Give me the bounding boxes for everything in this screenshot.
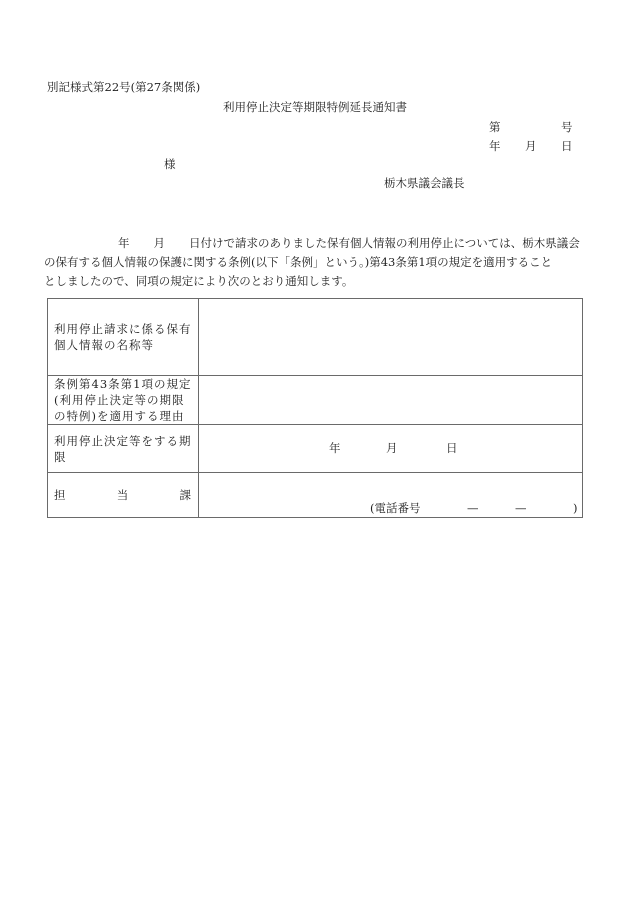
body-month-label: 月 <box>154 236 166 250</box>
value-personal-info-name[interactable] <box>199 299 583 376</box>
table-row-department: 担 当 課 (電話番号 — — ) <box>48 473 583 518</box>
deadline-day-label: 日 <box>446 440 458 456</box>
deadline-month-label: 月 <box>386 440 398 456</box>
document-title: 利用停止決定等期限特例延長通知書 <box>223 100 407 114</box>
table-row-personal-info: 利用停止請求に係る保有 個人情報の名称等 <box>48 299 583 376</box>
value-department[interactable]: (電話番号 — — ) <box>199 473 583 518</box>
phone-dash-1: — <box>467 500 479 516</box>
date-day-label: 日 <box>561 139 573 153</box>
body-line-1: 年月日付けで請求のありました保有個人情報の利用停止については、栃木県議会 <box>52 234 592 253</box>
date-month-label: 月 <box>525 139 537 153</box>
label-personal-info-name: 利用停止請求に係る保有 個人情報の名称等 <box>48 299 199 376</box>
sender-name: 栃木県議会議長 <box>384 176 465 190</box>
label-deadline: 利用停止決定等をする期 限 <box>48 425 199 473</box>
phone-dash-2: — <box>515 500 527 516</box>
body-line-2: の保有する個人情報の保護に関する条例(以下「条例」という。)第43条第1項の規定… <box>44 253 592 272</box>
body-line-3: としましたので、同項の規定により次のとおり通知します。 <box>44 272 592 291</box>
notice-table: 利用停止請求に係る保有 個人情報の名称等 条例第43条第1項の規定 (利用停止決… <box>47 298 583 518</box>
phone-label: (電話番号 <box>370 500 421 516</box>
number-prefix: 第 <box>489 120 501 134</box>
body-year-label: 年 <box>118 236 130 250</box>
label-department: 担 当 課 <box>48 473 199 518</box>
phone-close-paren: ) <box>573 500 578 516</box>
value-deadline[interactable]: 年 月 日 <box>199 425 583 473</box>
recipient-honorific: 様 <box>164 157 176 171</box>
label-reason: 条例第43条第1項の規定 (利用停止決定等の期限 の特例)を適用する理由 <box>48 376 199 425</box>
notice-body: 年月日付けで請求のありました保有個人情報の利用停止については、栃木県議会 の保有… <box>52 234 592 291</box>
form-id: 別記様式第22号(第27条関係) <box>47 80 200 94</box>
value-reason[interactable] <box>199 376 583 425</box>
body-line-1-text: 日付けで請求のありました保有個人情報の利用停止については、栃木県議会 <box>189 236 580 250</box>
deadline-year-label: 年 <box>329 440 341 456</box>
table-row-deadline: 利用停止決定等をする期 限 年 月 日 <box>48 425 583 473</box>
number-suffix: 号 <box>561 120 573 134</box>
date-year-label: 年 <box>489 139 501 153</box>
table-row-reason: 条例第43条第1項の規定 (利用停止決定等の期限 の特例)を適用する理由 <box>48 376 583 425</box>
